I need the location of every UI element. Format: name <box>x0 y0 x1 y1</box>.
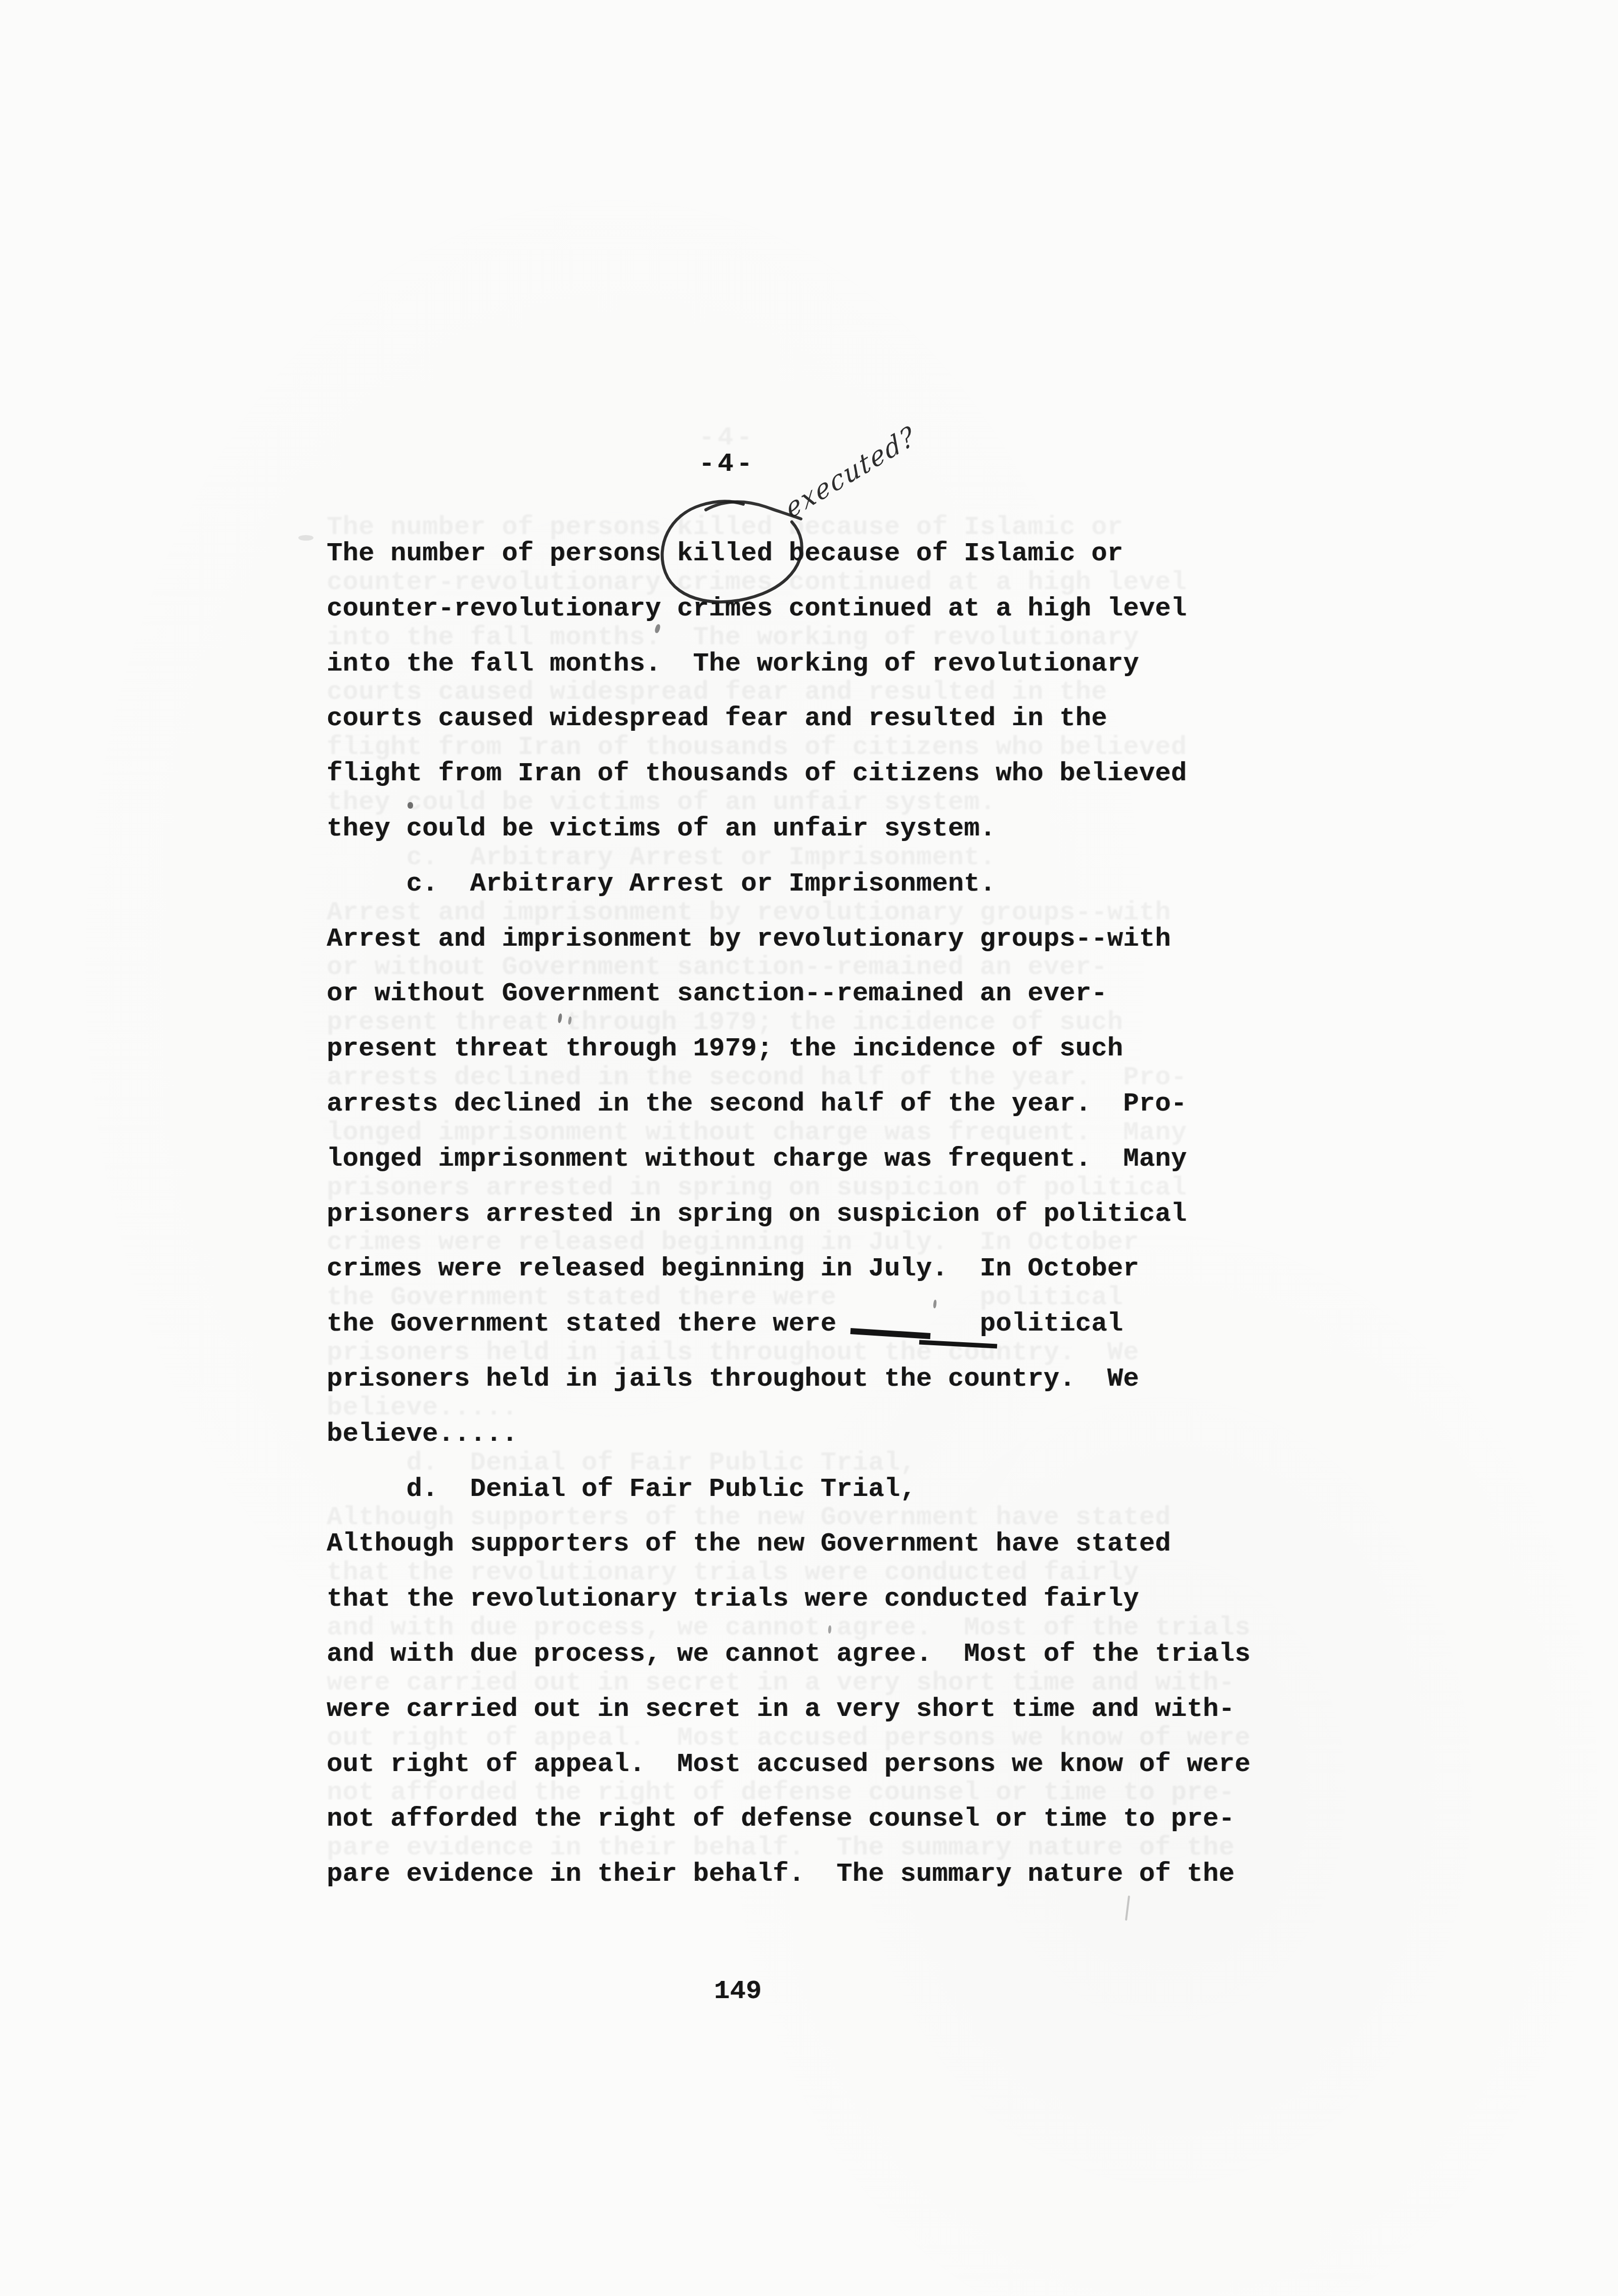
typewritten-line: arrests declined in the second half of t… <box>327 1077 1338 1132</box>
scan-speck <box>408 802 413 809</box>
typewritten-line: and with due process, we cannot agree. M… <box>327 1627 1338 1682</box>
typewritten-line: The number of persons killed because of … <box>327 526 1338 582</box>
typewritten-line: prisoners arrested in spring on suspicio… <box>327 1187 1338 1242</box>
typewritten-line: or without Government sanction--remained… <box>327 966 1338 1022</box>
typewritten-line: Although supporters of the new Governmen… <box>327 1517 1338 1572</box>
page-footer-number: 149 <box>714 1976 762 2006</box>
page-header-number: -4- <box>699 449 755 479</box>
scan-speck <box>298 535 313 541</box>
typewritten-line: longed imprisonment without charge was f… <box>327 1132 1338 1187</box>
typewritten-line: Arrest and imprisonment by revolutionary… <box>327 912 1338 967</box>
typewritten-line: out right of appeal. Most accused person… <box>327 1737 1338 1792</box>
typewritten-line: d. Denial of Fair Public Trial, <box>327 1462 1338 1517</box>
typewritten-lines: The number of persons killed because of … <box>327 526 1338 1902</box>
handwritten-annotation: executed? <box>782 420 920 525</box>
typewritten-line: not afforded the right of defense counse… <box>327 1792 1338 1847</box>
typewritten-line: courts caused widespread fear and result… <box>327 691 1338 746</box>
scanned-document-page: -4- The number of persons killed because… <box>0 0 1618 2296</box>
typewritten-line: counter-revolutionary crimes continued a… <box>327 582 1338 637</box>
typewritten-line: prisoners held in jails throughout the c… <box>327 1352 1338 1407</box>
typewritten-line: were carried out in secret in a very sho… <box>327 1682 1338 1737</box>
typewritten-line: that the revolutionary trials were condu… <box>327 1572 1338 1627</box>
typewritten-line: present threat through 1979; the inciden… <box>327 1022 1338 1077</box>
typewritten-line: the Government stated there were politic… <box>327 1297 1338 1352</box>
typewritten-line: flight from Iran of thousands of citizen… <box>327 746 1338 802</box>
typewritten-line: c. Arbitrary Arrest or Imprisonment. <box>327 857 1338 912</box>
typewritten-line: pare evidence in their behalf. The summa… <box>327 1847 1338 1902</box>
typewritten-line: they could be victims of an unfair syste… <box>327 802 1338 857</box>
typewritten-line: believe..... <box>327 1407 1338 1462</box>
typewritten-line: crimes were released beginning in July. … <box>327 1242 1338 1297</box>
typewritten-line: into the fall months. The working of rev… <box>327 637 1338 692</box>
